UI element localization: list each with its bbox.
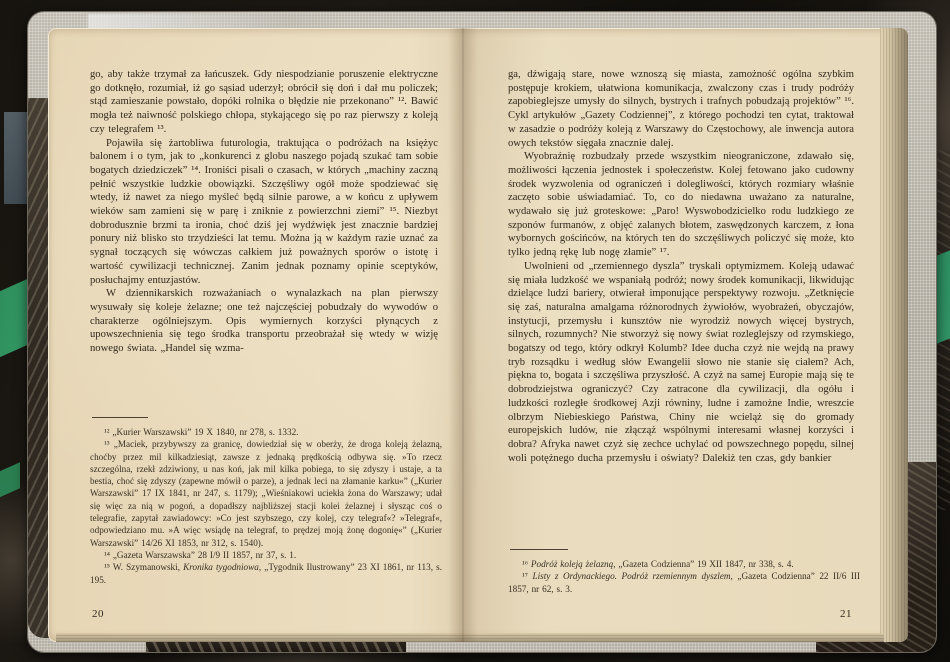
footnote-text: , „Gazeta Codzienna” 19 XII 1847, nr 338… <box>613 559 793 569</box>
footnote-title-italic: Kronika tygodniowa <box>183 562 259 572</box>
paragraph: Wyobraźnię rozbudzały przede wszystkim n… <box>508 150 854 260</box>
paragraph: go, aby także trzymał za łańcuszek. Gdy … <box>90 68 438 137</box>
green-accent-left-small <box>0 462 20 500</box>
footnote: ¹² „Kurier Warszawski” 19 X 1840, nr 278… <box>90 426 442 438</box>
right-page-footnotes: ¹⁶ Podróż koleją żelazną, „Gazeta Codzie… <box>508 558 860 595</box>
footnote-rule-left <box>92 417 148 418</box>
page-edges-right <box>880 28 908 642</box>
footnote-text: ¹⁶ <box>522 559 531 569</box>
left-page-footnotes: ¹² „Kurier Warszawski” 19 X 1840, nr 278… <box>90 426 442 586</box>
paragraph: Uwolnieni od „rzemiennego dyszla” tryska… <box>508 260 854 466</box>
footnote: ¹⁵ W. Szymanowski, Kronika tygodniowa, „… <box>90 561 442 586</box>
left-page-body: go, aby także trzymał za łańcuszek. Gdy … <box>90 68 438 356</box>
book-spread: go, aby także trzymał za łańcuszek. Gdy … <box>48 28 908 642</box>
footnote: ¹⁶ Podróż koleją żelazną, „Gazeta Codzie… <box>508 558 860 570</box>
gutter-shadow <box>448 28 478 642</box>
photo-background: go, aby także trzymał za łańcuszek. Gdy … <box>0 0 950 662</box>
paragraph: W dziennikarskich rozważaniach o wynalaz… <box>90 287 438 356</box>
paragraph: ga, dźwigają stare, nowe wznoszą się mia… <box>508 68 854 150</box>
footnote-rule-right <box>510 549 568 550</box>
paragraph: Pojawiła się żartobliwa futurologia, tra… <box>90 137 438 288</box>
footnote: ¹⁷ Listy z Ordynackiego. Podróż rzemienn… <box>508 570 860 595</box>
footnote: ¹⁴ „Gazeta Warszawska” 28 I/9 II 1857, n… <box>90 549 442 561</box>
page-number-left: 20 <box>92 608 104 620</box>
page-number-right: 21 <box>508 608 852 620</box>
footnote: ¹³ „Maciek, przybywszy za granicę, dowie… <box>90 438 442 549</box>
footnote-text: ¹⁵ W. Szymanowski, <box>104 562 183 572</box>
footnote-title-italic: Podróż koleją żelazną <box>531 559 613 569</box>
footnote-title-italic: Listy z Ordynackiego. Podróż rzemiennym … <box>532 571 730 581</box>
footnote-text: ¹⁷ <box>522 571 532 581</box>
right-page-body: ga, dźwigają stare, nowe wznoszą się mia… <box>508 68 854 465</box>
